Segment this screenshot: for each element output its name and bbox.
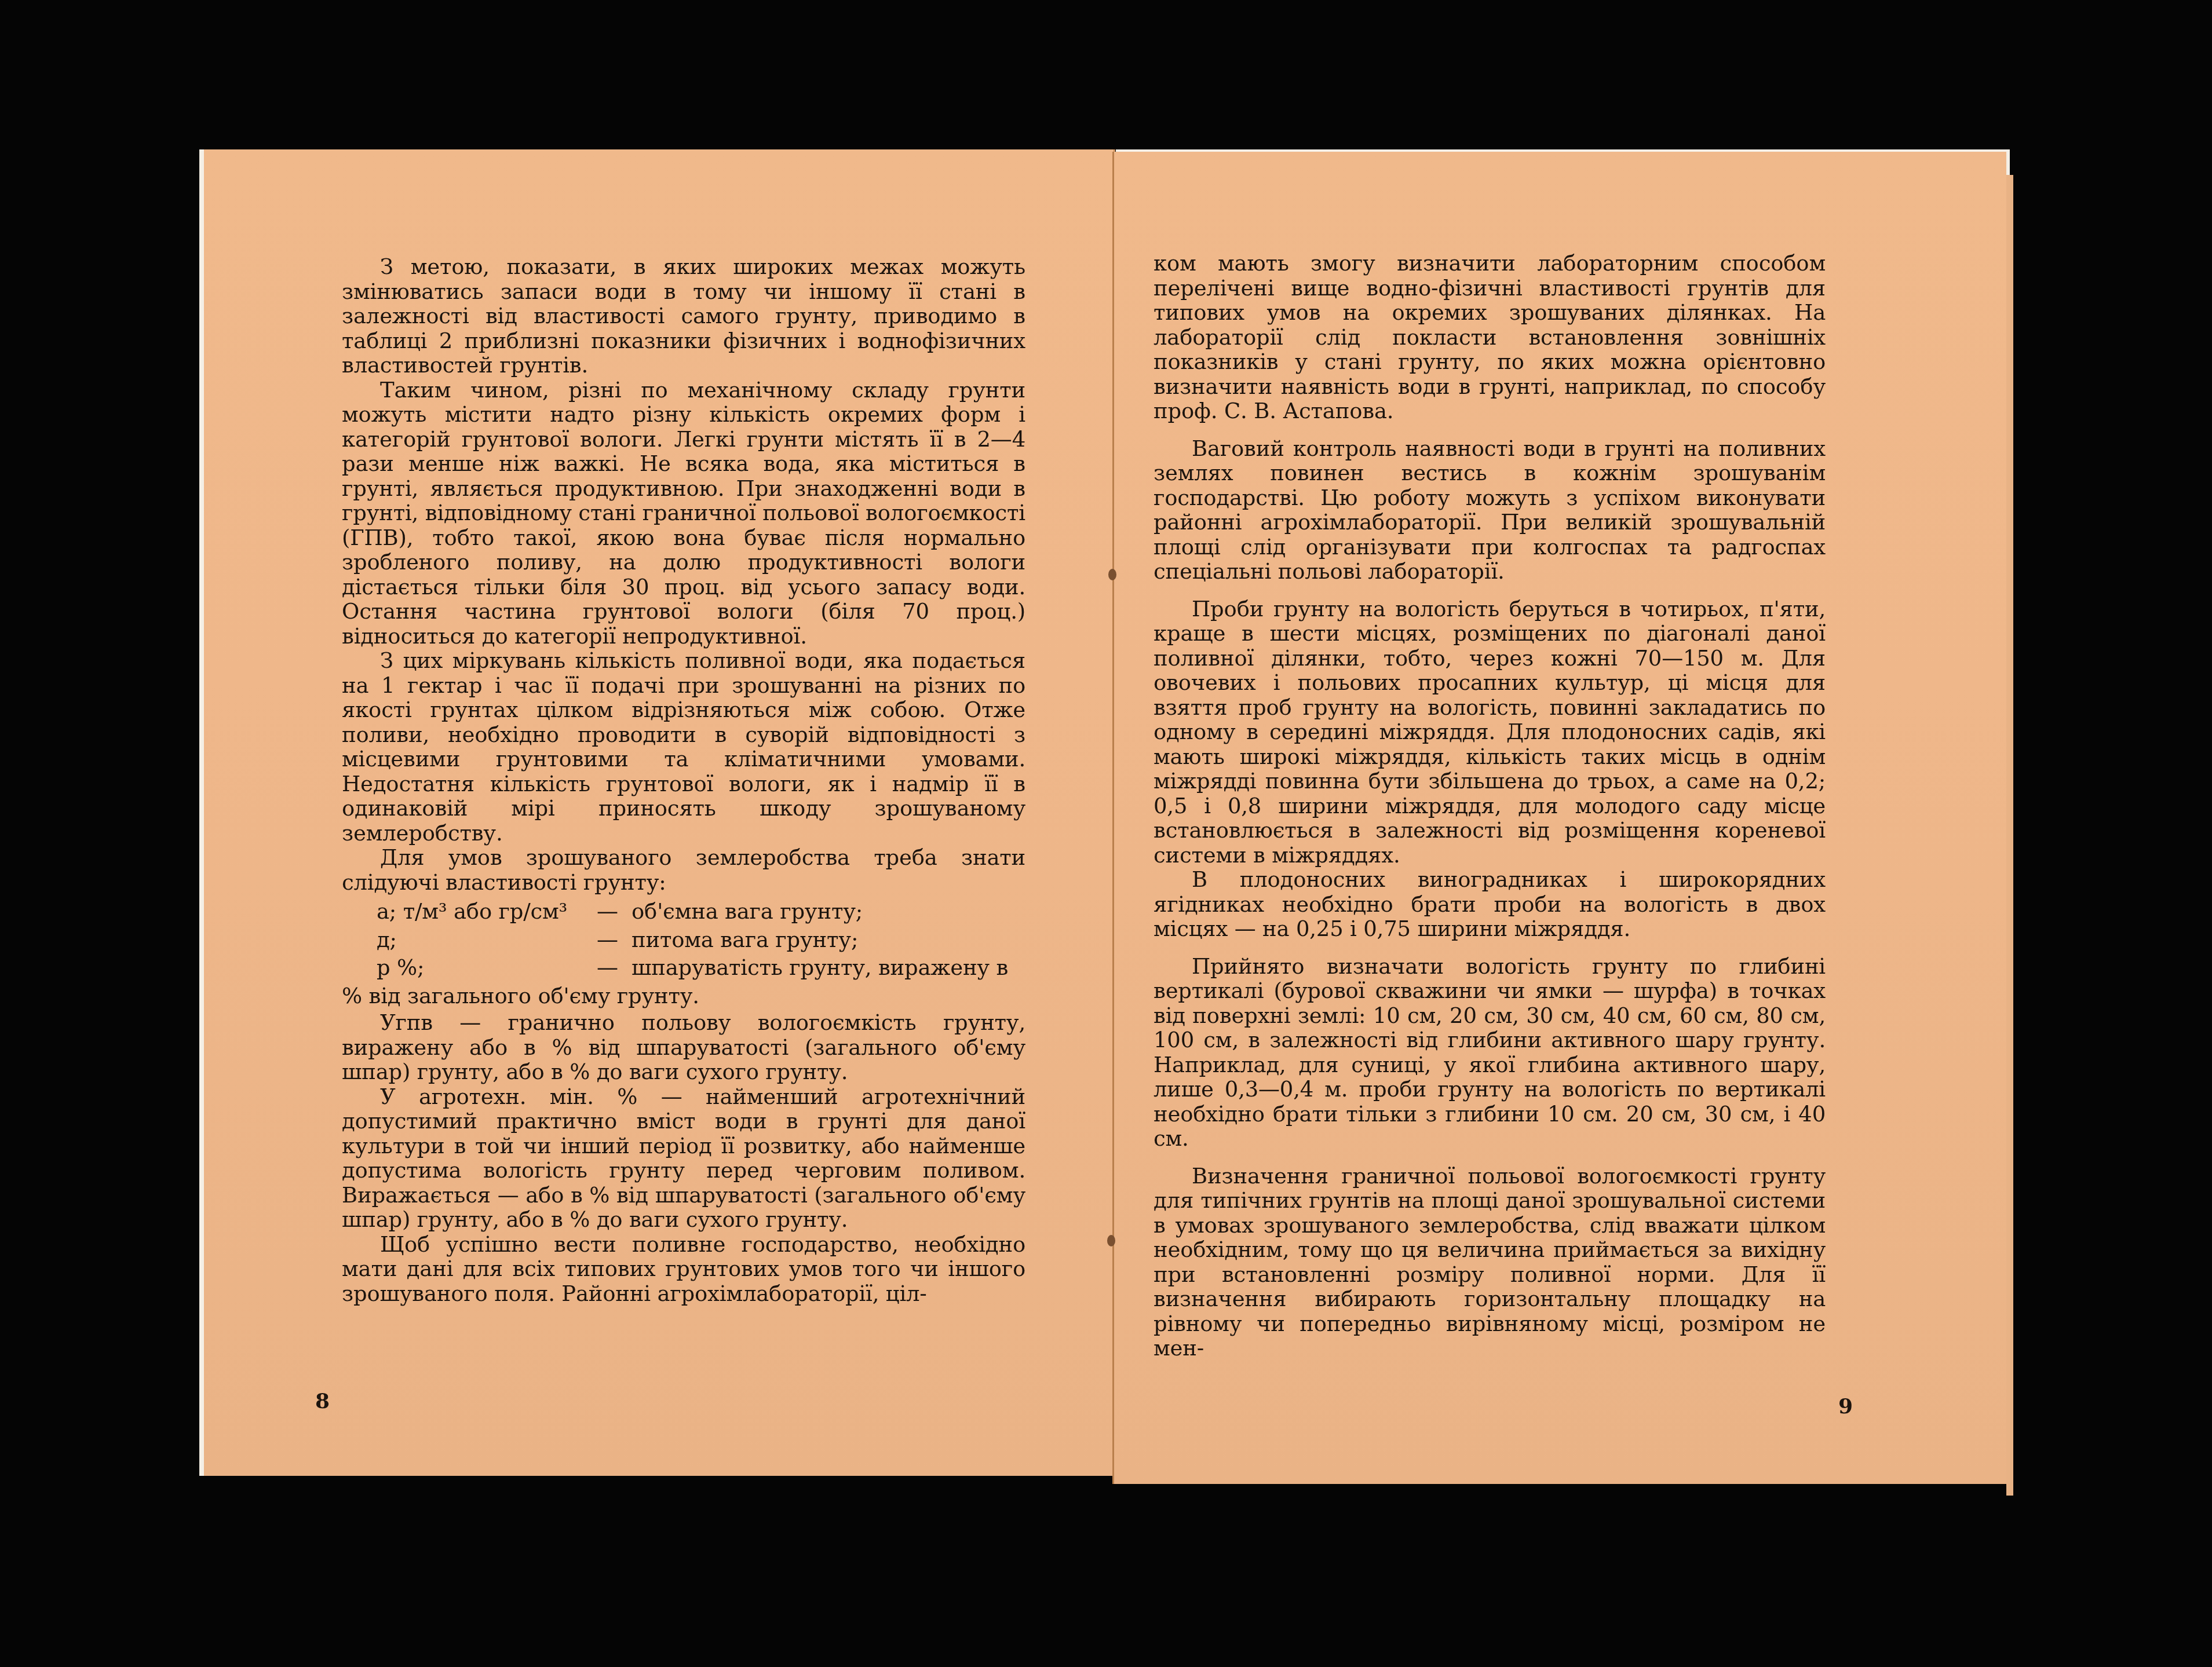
definition-symbol: д; bbox=[377, 928, 597, 953]
open-book: З метою, показати, в яких широких межах … bbox=[0, 0, 2212, 1667]
right-page: ком мають змогу визначити лабораторним с… bbox=[1112, 152, 2006, 1484]
definition-dash: — bbox=[597, 900, 632, 924]
definition-row: д; — питома вага грунту; bbox=[342, 928, 1025, 953]
staple-hole bbox=[1107, 1235, 1115, 1246]
paragraph: З метою, показати, в яких широких межах … bbox=[342, 255, 1025, 378]
paragraph: Визначення граничної польової вологоємко… bbox=[1154, 1164, 1826, 1361]
paragraph-continuation: ком мають змогу визначити лабораторним с… bbox=[1154, 251, 1826, 424]
page-number: 8 bbox=[315, 1389, 330, 1413]
staple-hole bbox=[1108, 569, 1116, 580]
definition-text: питома вага грунту; bbox=[632, 928, 1025, 953]
right-page-text: ком мають змогу визначити лабораторним с… bbox=[1154, 251, 1826, 1361]
definition-dash: — bbox=[597, 956, 632, 981]
left-page: З метою, показати, в яких широких межах … bbox=[204, 149, 1115, 1476]
paragraph: Таким чином, різні по механічному складу… bbox=[342, 378, 1025, 649]
definition-symbol: а; т/м³ або гр/см³ bbox=[377, 900, 597, 924]
definition-tail: % від загального об'єму грунту. bbox=[342, 984, 1025, 1009]
paragraph: Ваговий контроль наявності води в грунті… bbox=[1154, 437, 1826, 584]
paragraph: Проби грунту на вологість беруться в чот… bbox=[1154, 597, 1826, 868]
paragraph: З цих міркувань кількість поливної води,… bbox=[342, 649, 1025, 846]
definition-text: об'ємна вага грунту; bbox=[632, 900, 1025, 924]
paragraph: Щоб успішно вести поливне господарство, … bbox=[342, 1233, 1025, 1307]
paragraph: У агротехн. мін. % — найменший агротехні… bbox=[342, 1085, 1025, 1233]
page-number: 9 bbox=[1838, 1394, 1853, 1419]
paragraph: Для умов зрошуваного землеробства треба … bbox=[342, 846, 1025, 895]
paragraph: Угпв — гранично польову вологоємкість гр… bbox=[342, 1011, 1025, 1085]
definition-dash: — bbox=[597, 928, 632, 953]
definitions-list: а; т/м³ або гр/см³ — об'ємна вага грунту… bbox=[342, 900, 1025, 1008]
paragraph: Прийнято визначати вологість грунту по г… bbox=[1154, 955, 1826, 1151]
paragraph: В плодоносних виноградниках і широкорядн… bbox=[1154, 868, 1826, 942]
left-page-text: З метою, показати, в яких широких межах … bbox=[342, 255, 1025, 1306]
definition-row: р %; — шпаруватість грунту, виражену в bbox=[342, 956, 1025, 981]
definition-row: а; т/м³ або гр/см³ — об'ємна вага грунту… bbox=[342, 900, 1025, 924]
definition-text: шпаруватість грунту, виражену в bbox=[632, 956, 1025, 981]
definition-symbol: р %; bbox=[377, 956, 597, 981]
